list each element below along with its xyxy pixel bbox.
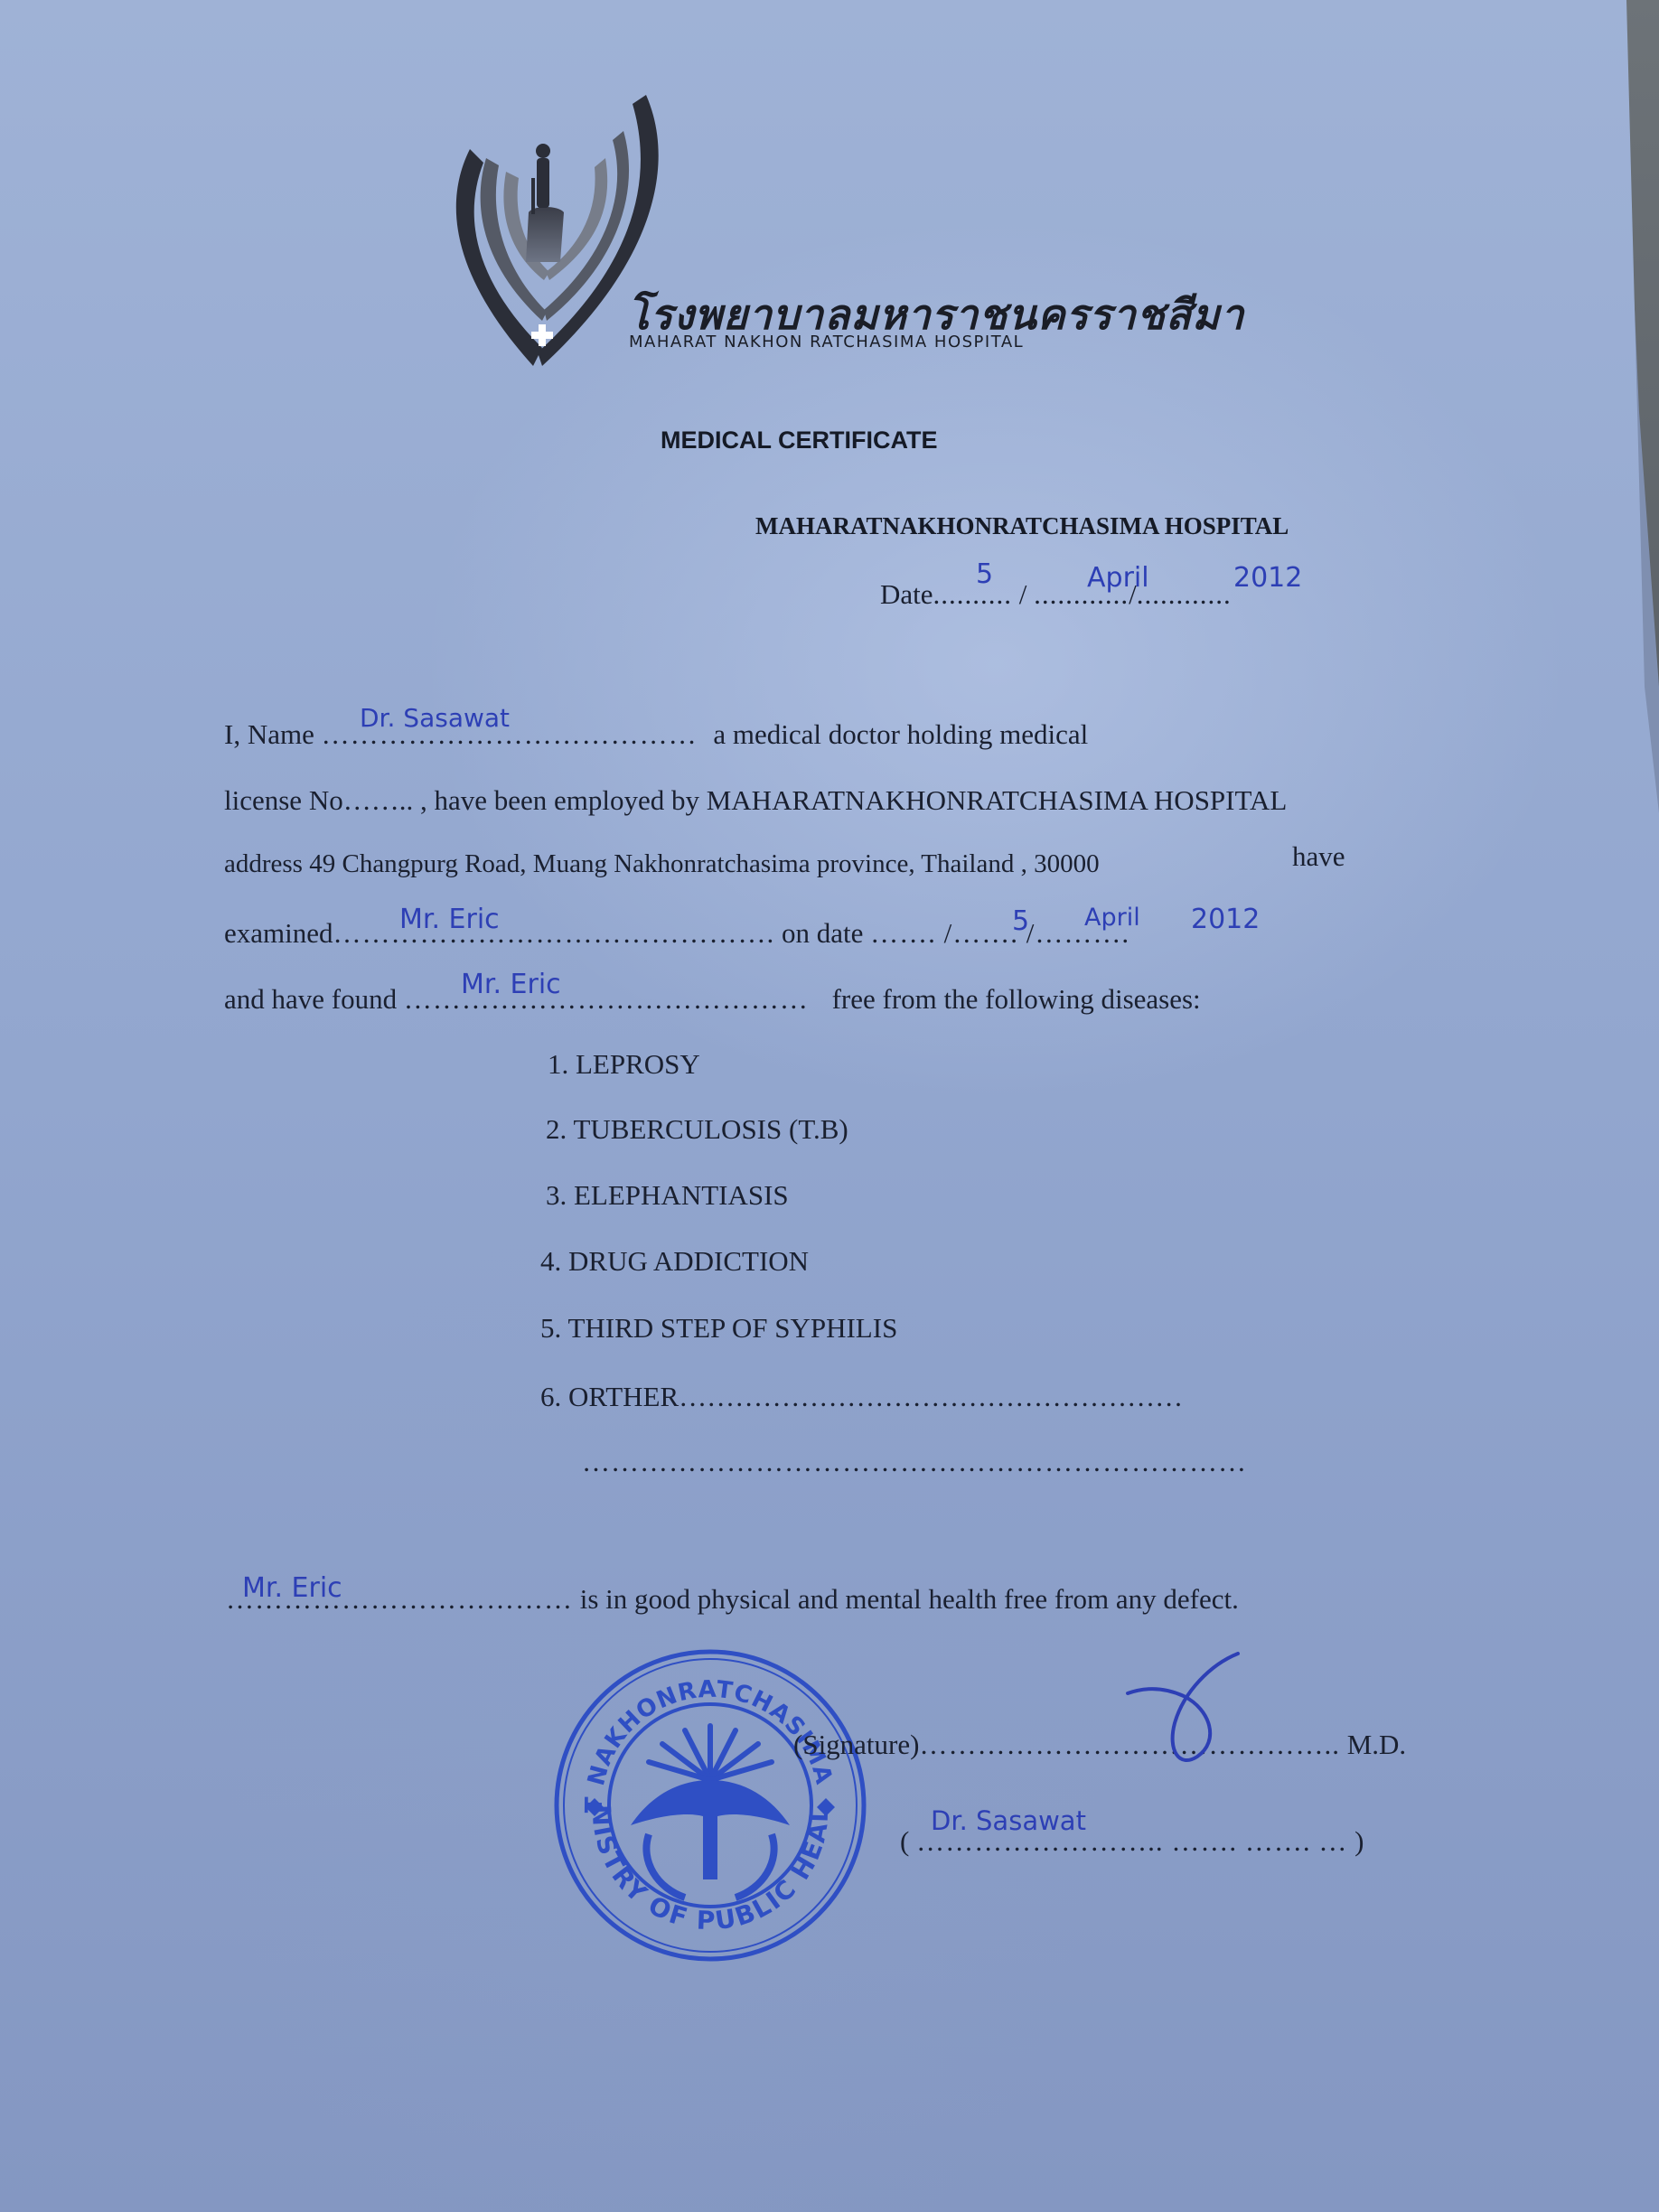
handwritten-date-year: 2012 — [1233, 562, 1302, 594]
disease-item: 4. DRUG ADDICTION — [540, 1245, 809, 1278]
date-year-dots: ............ — [1137, 578, 1232, 610]
body-line-name: I, Name ………………………………… a medical doctor h… — [224, 718, 1088, 751]
handwritten-date-day: 5 — [976, 558, 993, 590]
handwritten-exam-year: 2012 — [1191, 904, 1260, 935]
handwritten-exam-day: 5 — [1012, 905, 1029, 937]
handwritten-found-name: Mr. Eric — [461, 969, 561, 1000]
handwritten-examined-name: Mr. Eric — [399, 904, 500, 935]
hospital-name-english: MAHARAT NAKHON RATCHASIMA HOSPITAL — [629, 333, 1024, 351]
disease-item: 1. LEPROSY — [548, 1048, 700, 1081]
body-line-found: and have found …………………………………… free from … — [224, 983, 1201, 1016]
handwritten-exam-month: April — [1084, 904, 1140, 932]
other-continuation-line: …………………………………………………………… — [582, 1446, 1247, 1478]
body-line-address: address 49 Changpurg Road, Muang Nakhonr… — [224, 849, 1100, 879]
signature-line: (Signature)…………………………………….. M.D. — [793, 1729, 1406, 1761]
handwritten-printed-name: Dr. Sasawat — [931, 1805, 1086, 1836]
conclusion-line: ……………………………… is in good physical and men… — [226, 1583, 1239, 1616]
doctor-signature-icon — [1111, 1646, 1256, 1773]
handwritten-conclusion-name: Mr. Eric — [242, 1572, 342, 1604]
issuing-hospital: MAHARATNAKHONRATCHASIMA HOSPITAL — [755, 512, 1289, 540]
body-line-address-suffix: have — [1292, 840, 1345, 873]
handwritten-doctor-name: Dr. Sasawat — [360, 703, 510, 733]
certificate-paper: โรงพยาบาลมหาราชนครราชสีมา MAHARAT NAKHON… — [0, 0, 1659, 2212]
body-line-examined: examined………………………………………. on date ……. /……… — [224, 917, 1129, 950]
disease-item-other: 6. ORTHER……………………………………………… — [540, 1381, 1183, 1413]
body-line-license: license No…….. , have been employed by M… — [224, 784, 1287, 817]
document-title: MEDICAL CERTIFICATE — [661, 426, 938, 455]
disease-item: 2. TUBERCULOSIS (T.B) — [546, 1113, 848, 1146]
handwritten-date-month: April — [1087, 562, 1149, 594]
date-day-dots: .......... — [933, 578, 1013, 610]
date-field: Date.......... / ............/..........… — [880, 578, 1232, 611]
date-label: Date — [880, 578, 933, 610]
disease-item: 5. THIRD STEP OF SYPHILIS — [540, 1312, 897, 1345]
official-stamp-icon: MAHARAT NAKHONRATCHASIMA HOSPITAL MINIST… — [549, 1645, 871, 1966]
disease-item: 3. ELEPHANTIASIS — [546, 1179, 789, 1212]
